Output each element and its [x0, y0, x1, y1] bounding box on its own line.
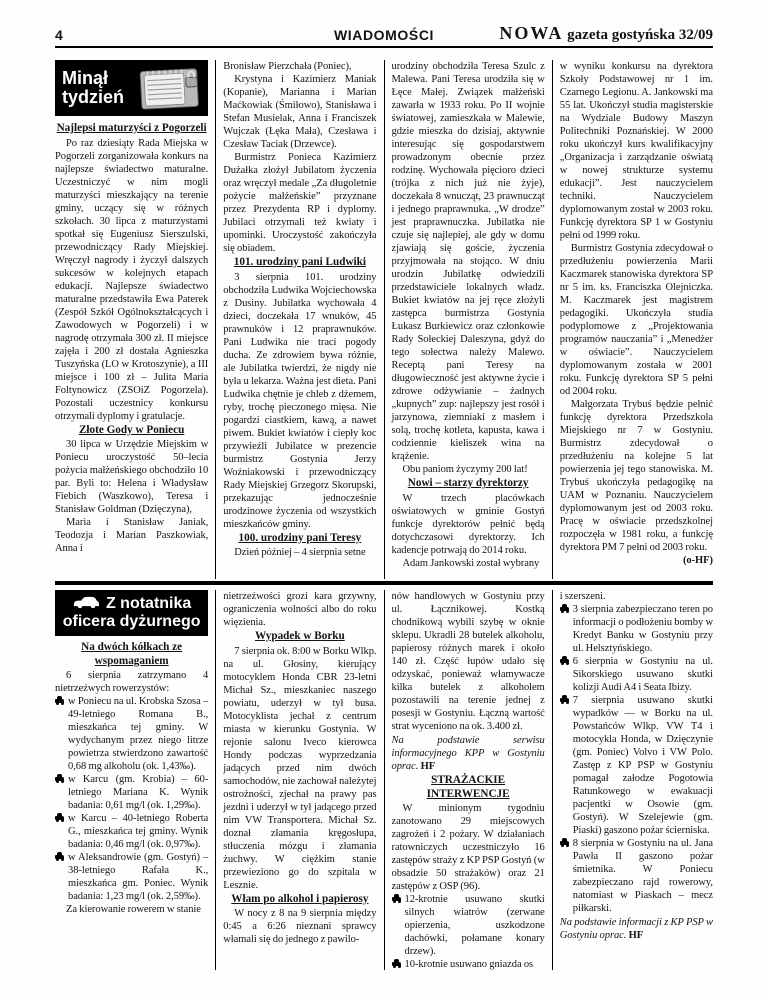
bullet-text: w Poniecu na ul. Krobska Szosa – 49-letn… — [68, 696, 208, 772]
source-note-initials: HF — [629, 930, 643, 941]
article-headline: 101. urodziny pani Ludwiki — [223, 256, 376, 270]
column-3: nów handlowych w Gostyniu przy ul. Łączn… — [384, 590, 552, 970]
source-note: Na podstawie informacji z KP PSP w Gosty… — [560, 916, 713, 942]
paragraph: Małgorzata Trybuś będzie pełnić funkcję … — [560, 398, 713, 554]
section-title: WIADOMOŚCI — [334, 27, 434, 43]
paragraph: Maria i Stanisław Janiak, Teodozja i Mar… — [55, 516, 208, 555]
paragraph: 6 sierpnia zatrzymano 4 nietrzeźwych row… — [55, 669, 208, 695]
paragraph: Dzień później – 4 sierpnia setne — [223, 546, 376, 559]
page-number: 4 — [55, 27, 63, 43]
paragraph: Burmistrz Ponieca Kazimierz Dużałka złoż… — [223, 151, 376, 255]
car-icon — [392, 897, 401, 901]
paragraph: W nocy z 8 na 9 sierpnia między 0:45 a 6… — [223, 907, 376, 946]
car-icon — [560, 698, 569, 702]
paragraph-continuation: urodziny obchodziła Teresa Szulc z Malew… — [392, 60, 545, 463]
column-1: Minął tydzień — [55, 60, 215, 579]
article-headline: Złote Gody w Poniecu — [55, 424, 208, 438]
masthead-issue: gazeta gostyńska 32/09 — [567, 27, 713, 43]
notepad-icon — [138, 61, 204, 116]
bullet-text: w Karcu – 40-letniego Roberta G., mieszk… — [68, 813, 208, 850]
car-icon — [560, 659, 569, 663]
column-2: nietrzeźwości grozi kara grzywny, ograni… — [215, 590, 383, 970]
bullet-item: w Karcu – 40-letniego Roberta G., mieszk… — [55, 812, 208, 851]
car-icon — [55, 855, 64, 859]
bullet-item: 12-krotnie usuwano skutki silnych wiatró… — [392, 893, 545, 958]
oficer-dyzurny-banner: Z notatnika oficera dyżurnego — [55, 590, 208, 636]
police-notes-section: Z notatnika oficera dyżurnego Na dwóch k… — [55, 590, 713, 970]
news-section: Minął tydzień — [55, 60, 713, 579]
paragraph: 7 sierpnia ok. 8:00 w Borku Wlkp. na ul.… — [223, 645, 376, 892]
paragraph: Burmistrz Gostynia zdecydował o przedłuż… — [560, 242, 713, 398]
bullet-text: w Aleksandrowie (gm. Gostyń) – 38-letnie… — [68, 852, 208, 902]
bullet-text: 6 sierpnia w Gostyniu na ul. Sikorskiego… — [573, 656, 713, 693]
police-car-icon — [72, 595, 100, 613]
section-divider — [55, 581, 713, 585]
paragraph: W trzech placówkach oświatowych w gminie… — [392, 492, 545, 557]
paragraph: Obu paniom życzymy 200 lat! — [392, 463, 545, 476]
article-headline: Wypadek w Borku — [223, 630, 376, 644]
paragraph: 3 sierpnia 101. urodziny obchodziła Ludw… — [223, 271, 376, 531]
car-icon — [55, 777, 64, 781]
column-4: w wyniku konkursu na dyrektora Szkoły Po… — [552, 60, 713, 579]
car-icon — [55, 699, 64, 703]
bullet-text: 3 sierpnia zabezpieczano teren po inform… — [573, 604, 713, 654]
car-icon — [55, 816, 64, 820]
article-headline: Najlepsi maturzyści z Pogorzeli — [55, 122, 208, 136]
paragraph-continuation: nietrzeźwości grozi kara grzywny, ograni… — [223, 590, 376, 629]
column-1: Z notatnika oficera dyżurnego Na dwóch k… — [55, 590, 215, 970]
bullet-text: 7 sierpnia usuwano skutki wypadków — w B… — [573, 695, 713, 836]
banner-line-1: Minął — [62, 69, 124, 88]
source-note-text: Na podstawie serwisu informacyjnego KPP … — [392, 735, 545, 772]
column-2: Bronisław Pierzchała (Poniec),Krystyna i… — [215, 60, 383, 579]
masthead: NOWA gazeta gostyńska 32/09 — [499, 23, 713, 44]
column-3: urodziny obchodziła Teresa Szulc z Malew… — [384, 60, 552, 579]
newspaper-page: 4 WIADOMOŚCI NOWA gazeta gostyńska 32/09… — [0, 0, 768, 994]
car-icon — [560, 607, 569, 611]
banner-text-1: Z notatnika — [106, 595, 191, 613]
page-header: 4 WIADOMOŚCI NOWA gazeta gostyńska 32/09 — [55, 22, 713, 48]
banner-title: Minął tydzień — [62, 69, 124, 107]
paragraph: 30 lipca w Urzędzie Miejskim w Poniecu u… — [55, 438, 208, 516]
paragraph-continuation: Bronisław Pierzchała (Poniec), — [223, 60, 376, 73]
column-4: i szerszeni.3 sierpnia zabezpieczano ter… — [552, 590, 713, 970]
source-note-initials: HF — [421, 761, 435, 772]
article-headline: 100. urodziny pani Teresy — [223, 532, 376, 546]
article-headline: Włam po alkohol i papierosy — [223, 893, 376, 907]
paragraph-continuation: i szerszeni. — [560, 590, 713, 603]
car-icon — [392, 962, 401, 966]
bullet-item: 10-krotnie usuwano gniazda os — [392, 958, 545, 970]
source-note: Na podstawie serwisu informacyjnego KPP … — [392, 734, 545, 773]
bullet-item: 8 sierpnia w Gostyniu na ul. Jana Pawła … — [560, 837, 713, 915]
masthead-logo: NOWA — [499, 23, 563, 43]
bullet-item: w Karcu (gm. Krobia) – 60-letniego Maria… — [55, 773, 208, 812]
paragraph: Adam Jankowski został wybrany — [392, 557, 545, 570]
paragraph: Po raz dziesiąty Rada Miejska w Pogorzel… — [55, 137, 208, 423]
banner-line-1: Z notatnika — [72, 595, 191, 613]
article-headline: Nowi – starzy dyrektorzy — [392, 477, 545, 491]
car-icon — [560, 841, 569, 845]
bullet-item: w Poniecu na ul. Krobska Szosa – 49-letn… — [55, 695, 208, 773]
paragraph: Za kierowanie rowerem w stanie — [55, 903, 208, 916]
author-signature: (o-HF) — [560, 554, 713, 567]
paragraph-continuation: w wyniku konkursu na dyrektora Szkoły Po… — [560, 60, 713, 242]
bullet-item: w Aleksandrowie (gm. Gostyń) – 38-letnie… — [55, 851, 208, 903]
paragraph: W minionym tygodniu zanotowano 29 miejsc… — [392, 802, 545, 893]
bullet-item: 7 sierpnia usuwano skutki wypadków — w B… — [560, 694, 713, 837]
banner-line-2: tydzień — [62, 88, 124, 107]
bullet-text: 12-krotnie usuwano skutki silnych wiatró… — [405, 894, 545, 957]
article-headline: STRAŻACKIE INTERWENCJE — [392, 774, 545, 801]
minal-tydzien-banner: Minął tydzień — [55, 60, 208, 116]
article-headline: Na dwóch kółkach ze wspomaganiem — [55, 641, 208, 668]
paragraph-continuation: nów handlowych w Gostyniu przy ul. Łączn… — [392, 590, 545, 733]
bullet-item: 6 sierpnia w Gostyniu na ul. Sikorskiego… — [560, 655, 713, 694]
bullet-text: 10-krotnie usuwano gniazda os — [405, 959, 534, 970]
bullet-text: w Karcu (gm. Krobia) – 60-letniego Maria… — [68, 774, 208, 811]
bullet-text: 8 sierpnia w Gostyniu na ul. Jana Pawła … — [573, 838, 713, 914]
paragraph: Krystyna i Kazimierz Maniak (Kopanie), M… — [223, 73, 376, 151]
banner-text-2: oficera dyżurnego — [63, 613, 201, 631]
bullet-item: 3 sierpnia zabezpieczano teren po inform… — [560, 603, 713, 655]
